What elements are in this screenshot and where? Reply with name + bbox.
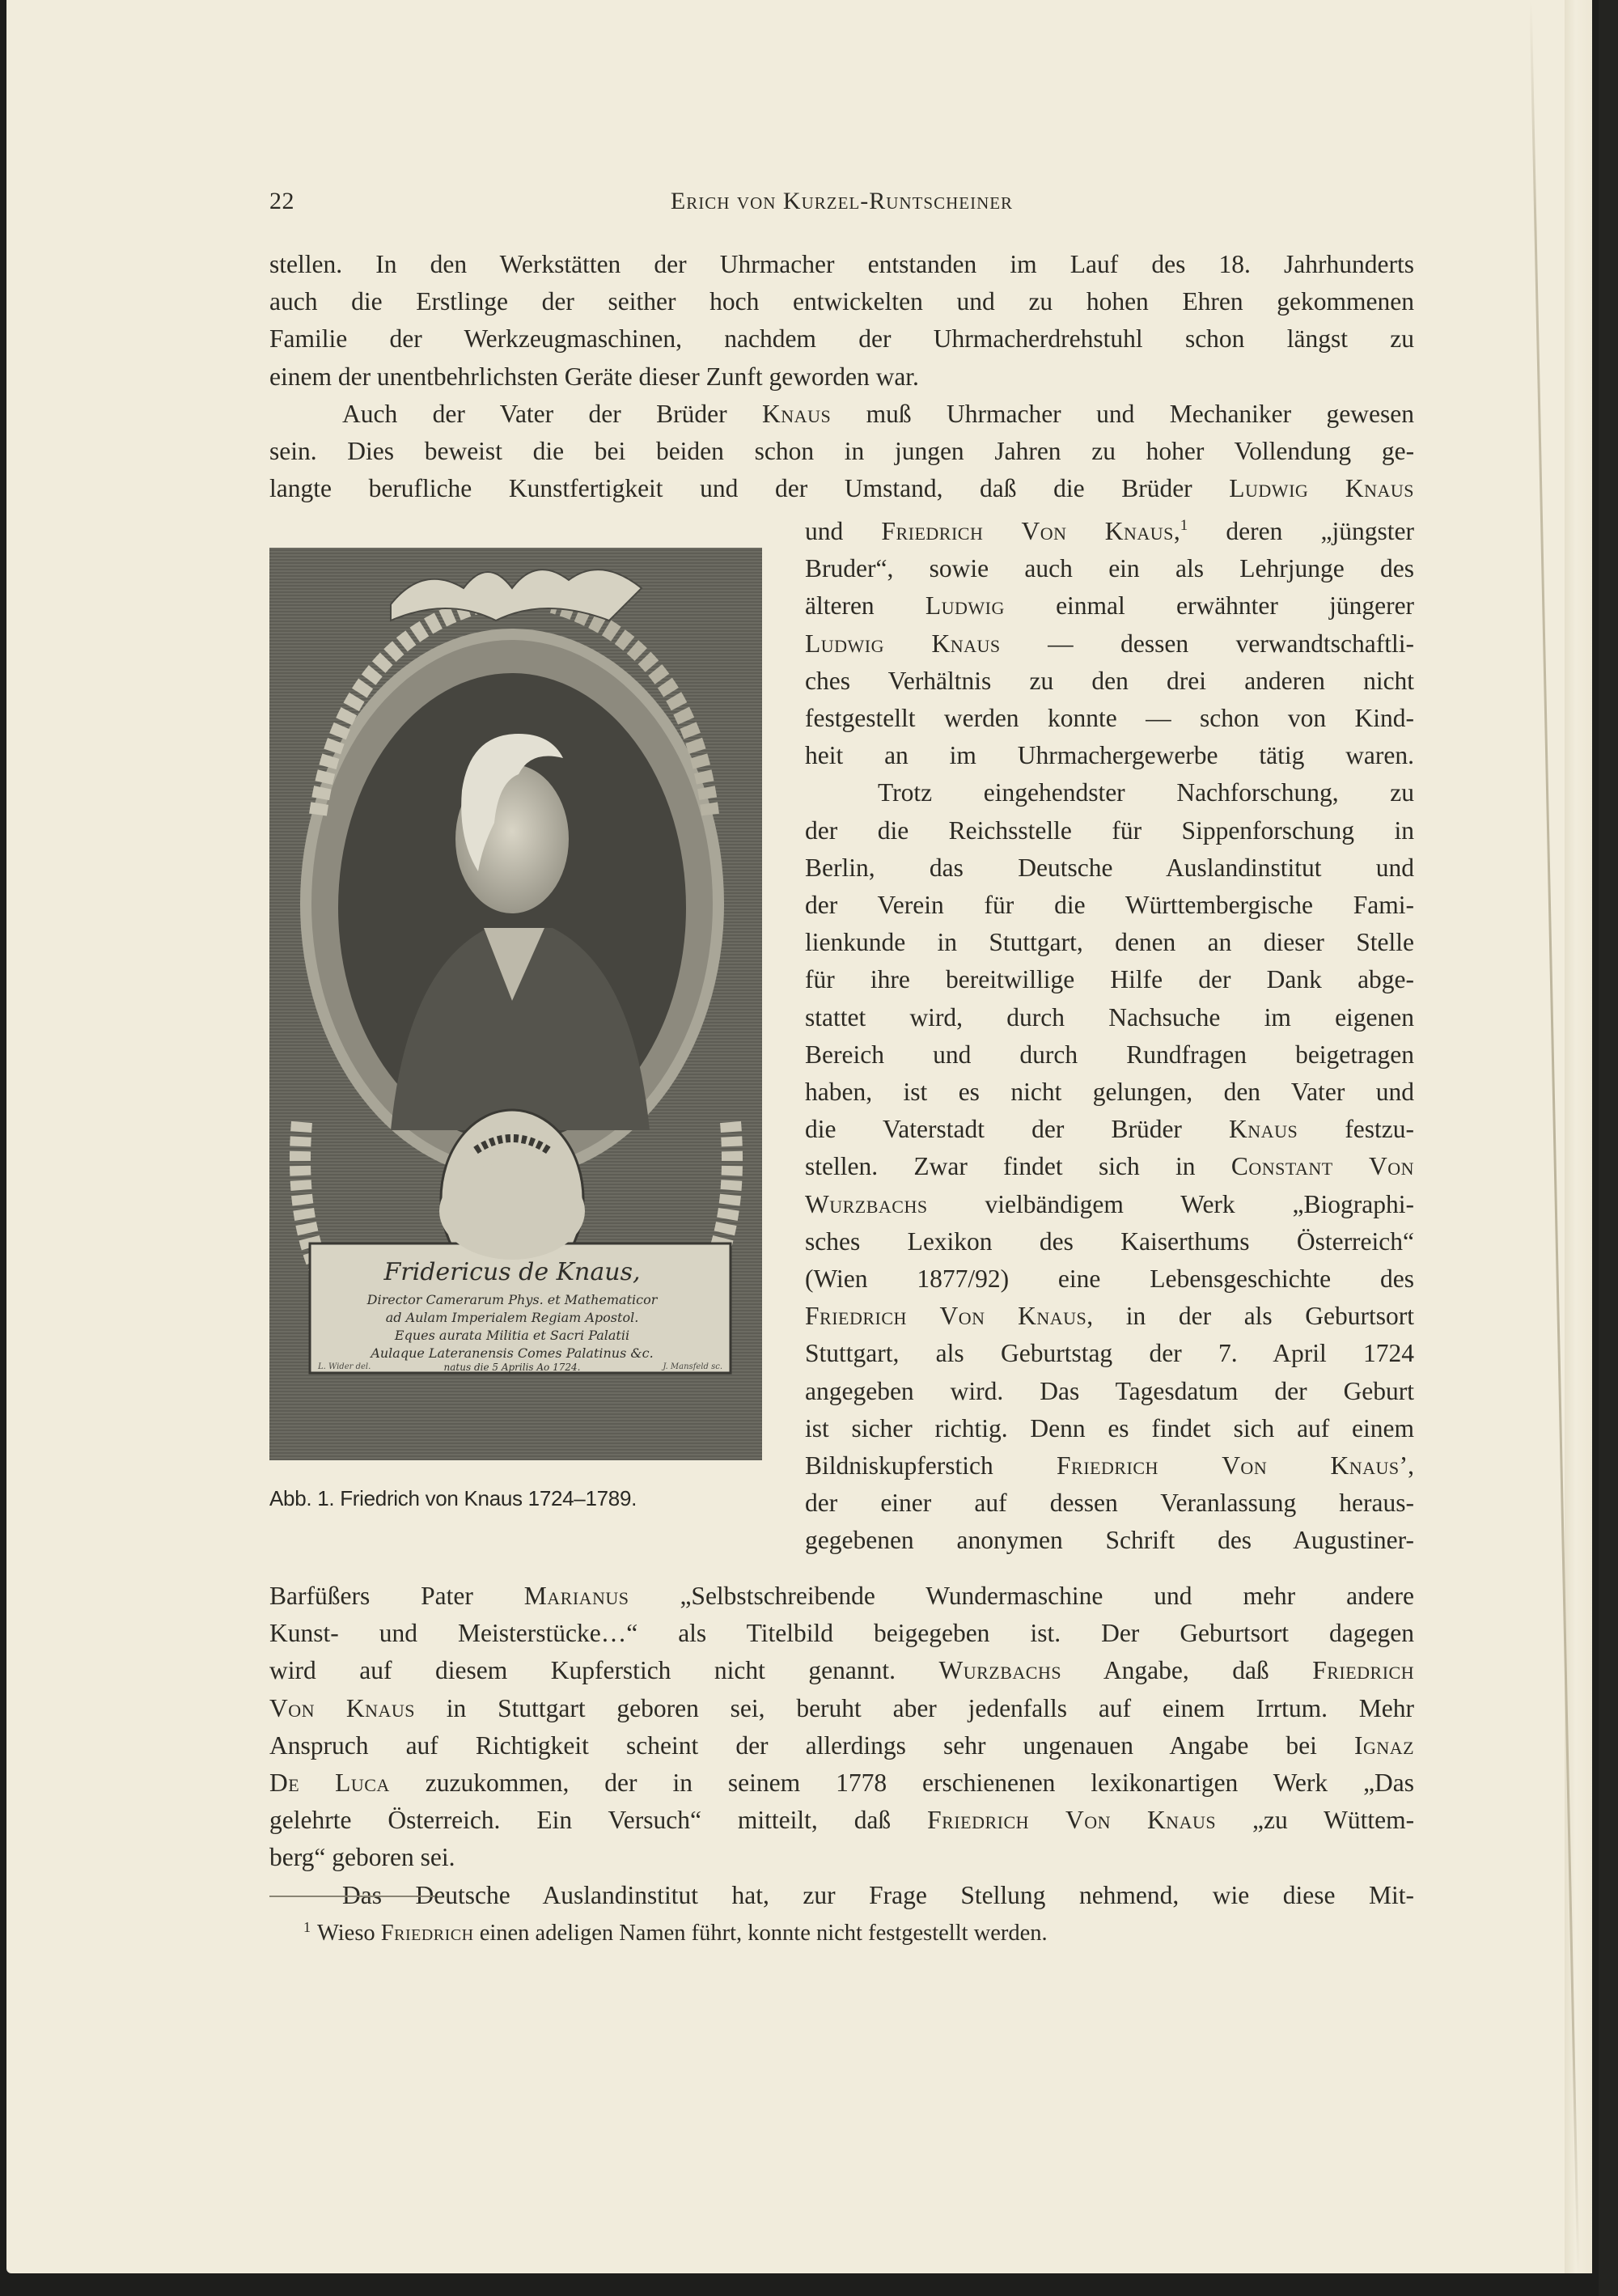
footnote-name: Friedrich [381,1921,474,1946]
text-line: der die Reichsstelle für Sippenforschung… [805,812,1414,849]
svg-text:Director Camerarum Phys. et Ma: Director Camerarum Phys. et Mathematicor [366,1292,659,1307]
footnote-text-before: Wieso [317,1921,375,1946]
text-line: stattet wird, durch Nachsuche im eigenen [805,999,1414,1036]
text-line: für ihre bereitwillige Hilfe der Dank ab… [805,961,1414,998]
header-author: Erich von Kurzel-Runtscheiner [269,188,1414,215]
page-edge [1565,0,1592,2273]
svg-text:Aulaque Lateranensis Comes Pal: Aulaque Lateranensis Comes Palatinus &c. [369,1345,653,1361]
text-line: festgestellt werden konnte — schon von K… [805,700,1414,737]
portrait-engraving-icon: Fridericus de Knaus, Director Camerarum … [269,548,762,1460]
text-line: sches Lexikon des Kaiserthums Österreich… [805,1223,1414,1260]
text-line: (Wien 1877/92) eine Lebensgeschichte des [805,1260,1414,1298]
portrait-engraving: Fridericus de Knaus, Director Camerarum … [269,548,762,1460]
text-line: Bildniskupferstich Friedrich Von Knaus’, [805,1447,1414,1485]
svg-text:ad Aulam Imperialem Regiam Apo: ad Aulam Imperialem Regiam Apostol. [386,1310,639,1325]
text-line: sein. Dies beweist die bei beiden schon … [269,433,1414,470]
svg-text:J. Mansfeld sc.: J. Mansfeld sc. [661,1362,722,1371]
text-line: Von Knaus in Stuttgart geboren sei, beru… [269,1690,1414,1727]
body-text-top: stellen. In den Werkstätten der Uhrmache… [269,246,1414,507]
text-line: stellen. Zwar findet sich in Constant Vo… [805,1148,1414,1185]
text-line: Berlin, das Deutsche Auslandinstitut und [805,849,1414,887]
text-line: Kunst- und Meisterstücke…“ als Titelbild… [269,1615,1414,1652]
text-line: Wurzbachs vielbändigem Werk „Biographi- [805,1186,1414,1223]
footnote-rule [269,1896,435,1897]
footnote: 1Wieso Friedrich einen adeligen Namen fü… [303,1911,1416,1950]
figure-caption: Abb. 1. Friedrich von Knaus 1724–1789. [269,1486,637,1511]
footnote-marker: 1 [303,1919,311,1935]
text-line: und Friedrich Von Knaus,1 deren „jüngste… [805,507,1414,550]
text-line: ches Verhältnis zu den drei anderen nich… [805,663,1414,700]
text-line: berg“ geboren sei. [269,1839,1414,1876]
text-line: Anspruch auf Richtigkeit scheint der all… [269,1727,1414,1764]
body-text-bottom: Barfüßers Pater Marianus „Selbstschreibe… [269,1578,1414,1914]
text-line: Friedrich Von Knaus, in der als Geburtso… [805,1298,1414,1335]
text-line: Stuttgart, als Geburtstag der 7. April 1… [805,1335,1414,1372]
text-line: einem der unentbehrlichsten Geräte diese… [269,358,1414,396]
text-line: haben, ist es nicht gelungen, den Vater … [805,1074,1414,1111]
text-line: stellen. In den Werkstätten der Uhrmache… [269,246,1414,283]
text-line: Auch der Vater der Brüder Knaus muß Uhrm… [269,396,1414,433]
text-line: angegeben wird. Das Tagesdatum der Gebur… [805,1373,1414,1410]
text-line: lienkunde in Stuttgart, denen an dieser … [805,924,1414,961]
background-strip [1599,0,1618,2296]
text-line: Trotz eingehendster Nachforschung, zu [805,774,1414,811]
text-line: langte berufliche Kunstfertigkeit und de… [269,470,1414,507]
text-line: ist sicher richtig. Denn es findet sich … [805,1410,1414,1447]
text-line: der einer auf dessen Veranlassung heraus… [805,1485,1414,1522]
footnote-text-after: einen adeligen Namen führt, konnte nicht… [480,1921,1048,1946]
text-line: auch die Erstlinge der seither hoch entw… [269,283,1414,320]
text-line: Ludwig Knaus — dessen verwandtschaftli- [805,625,1414,663]
body-text-right-column: und Friedrich Von Knaus,1 deren „jüngste… [805,507,1414,1560]
text-line: Bruder“, sowie auch ein als Lehrjunge de… [805,550,1414,587]
text-line: der Verein für die Württembergische Fami… [805,887,1414,924]
text-line: gelehrte Österreich. Ein Versuch“ mittei… [269,1802,1414,1839]
text-line: Bereich und durch Rundfragen beigetragen [805,1036,1414,1074]
text-line: älteren Ludwig einmal erwähnter jüngerer [805,587,1414,625]
text-line: Barfüßers Pater Marianus „Selbstschreibe… [269,1578,1414,1615]
running-head: 22 Erich von Kurzel-Runtscheiner [269,188,1414,220]
svg-text:natus die 5 Aprilis Ao 1724.: natus die 5 Aprilis Ao 1724. [444,1362,581,1373]
text-line: Das Deutsche Auslandinstitut hat, zur Fr… [269,1877,1414,1914]
text-line: Familie der Werkzeugmaschinen, nachdem d… [269,320,1414,358]
text-line: heit an im Uhrmachergewerbe tätig waren. [805,737,1414,774]
svg-text:Fridericus de Knaus,: Fridericus de Knaus, [383,1258,640,1286]
text-line: wird auf diesem Kupferstich nicht genann… [269,1652,1414,1689]
svg-text:L. Wider del.: L. Wider del. [317,1362,371,1371]
svg-text:Eques aurata Militia et Sacri: Eques aurata Militia et Sacri Palatii [394,1328,629,1343]
text-line: De Luca zuzukommen, der in seinem 1778 e… [269,1764,1414,1802]
text-line: gegebenen anonymen Schrift des Augustine… [805,1522,1414,1559]
text-line: die Vaterstadt der Brüder Knaus festzu- [805,1111,1414,1148]
